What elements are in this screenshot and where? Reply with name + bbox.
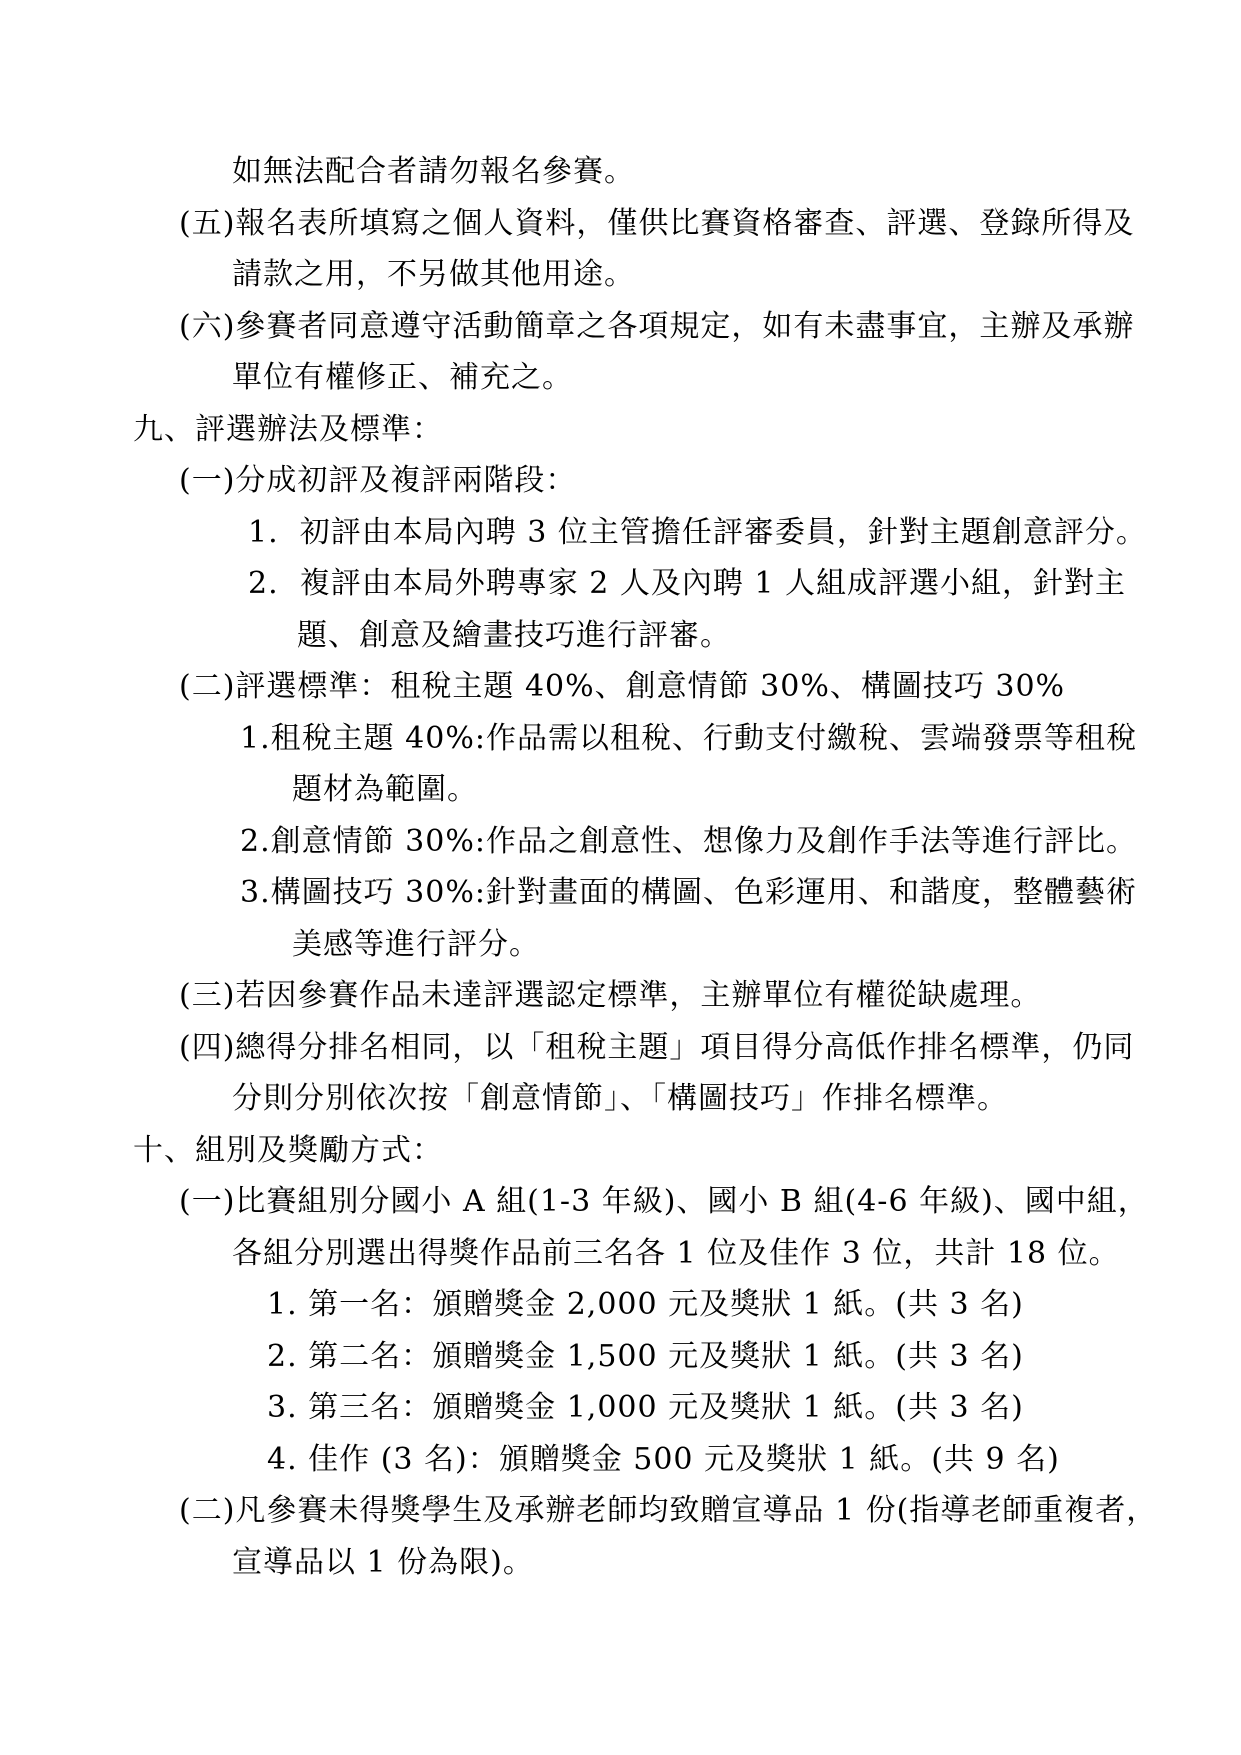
text-line: 3.構圖技巧 30%:針對畫面的構圖、色彩運用、和諧度，整體藝術 — [0, 867, 1241, 919]
text-line: 單位有權修正、補充之。 — [0, 352, 1241, 404]
text-line: 請款之用，不另做其他用途。 — [0, 249, 1241, 301]
text-line: 2. 複評由本局外聘專家 2 人及內聘 1 人組成評選小組，針對主 — [0, 558, 1241, 610]
text-line: 1. 第一名：頒贈獎金 2,000 元及獎狀 1 紙。(共 3 名) — [0, 1279, 1241, 1331]
text-line: (一)分成初評及複評兩階段： — [0, 455, 1241, 507]
text-line: 各組分別選出得獎作品前三名各 1 位及佳作 3 位，共計 18 位。 — [0, 1228, 1241, 1280]
text-line: (六)參賽者同意遵守活動簡章之各項規定，如有未盡事宜，主辦及承辦 — [0, 301, 1241, 353]
text-line: 3. 第三名：頒贈獎金 1,000 元及獎狀 1 紙。(共 3 名) — [0, 1382, 1241, 1434]
text-line: (二)凡參賽未得獎學生及承辦老師均致贈宣導品 1 份(指導老師重複者， — [0, 1485, 1241, 1537]
text-line: 分則分別依次按「創意情節」、「構圖技巧」作排名標準。 — [0, 1073, 1241, 1125]
text-line: 題材為範圍。 — [0, 764, 1241, 816]
text-line: 美感等進行評分。 — [0, 919, 1241, 971]
text-line: 九、評選辦法及標準： — [0, 404, 1241, 456]
text-line: 1.租稅主題 40%:作品需以租稅、行動支付繳稅、雲端發票等租稅 — [0, 713, 1241, 765]
text-line: (二)評選標準：租稅主題 40%、創意情節 30%、構圖技巧 30% — [0, 661, 1241, 713]
text-line: 2.創意情節 30%:作品之創意性、想像力及創作手法等進行評比。 — [0, 816, 1241, 868]
document-page: 如無法配合者請勿報名參賽。(五)報名表所填寫之個人資料，僅供比賽資格審查、評選、… — [0, 0, 1241, 1755]
text-line: (四)總得分排名相同，以「租稅主題」項目得分高低作排名標準，仍同 — [0, 1022, 1241, 1074]
text-line: 4. 佳作 (3 名)：頒贈獎金 500 元及獎狀 1 紙。(共 9 名) — [0, 1434, 1241, 1486]
text-line: (五)報名表所填寫之個人資料，僅供比賽資格審查、評選、登錄所得及 — [0, 198, 1241, 250]
text-line: 題、創意及繪畫技巧進行評審。 — [0, 610, 1241, 662]
text-line: (一)比賽組別分國小 A 組(1-3 年級)、國小 B 組(4-6 年級)、國中… — [0, 1176, 1241, 1228]
text-line: (三)若因參賽作品未達評選認定標準，主辦單位有權從缺處理。 — [0, 970, 1241, 1022]
text-line: 十、組別及獎勵方式： — [0, 1125, 1241, 1177]
text-line: 2. 第二名：頒贈獎金 1,500 元及獎狀 1 紙。(共 3 名) — [0, 1331, 1241, 1383]
text-line: 1. 初評由本局內聘 3 位主管擔任評審委員，針對主題創意評分。 — [0, 507, 1241, 559]
text-line: 宣導品以 1 份為限)。 — [0, 1537, 1241, 1589]
text-line: 如無法配合者請勿報名參賽。 — [0, 146, 1241, 198]
